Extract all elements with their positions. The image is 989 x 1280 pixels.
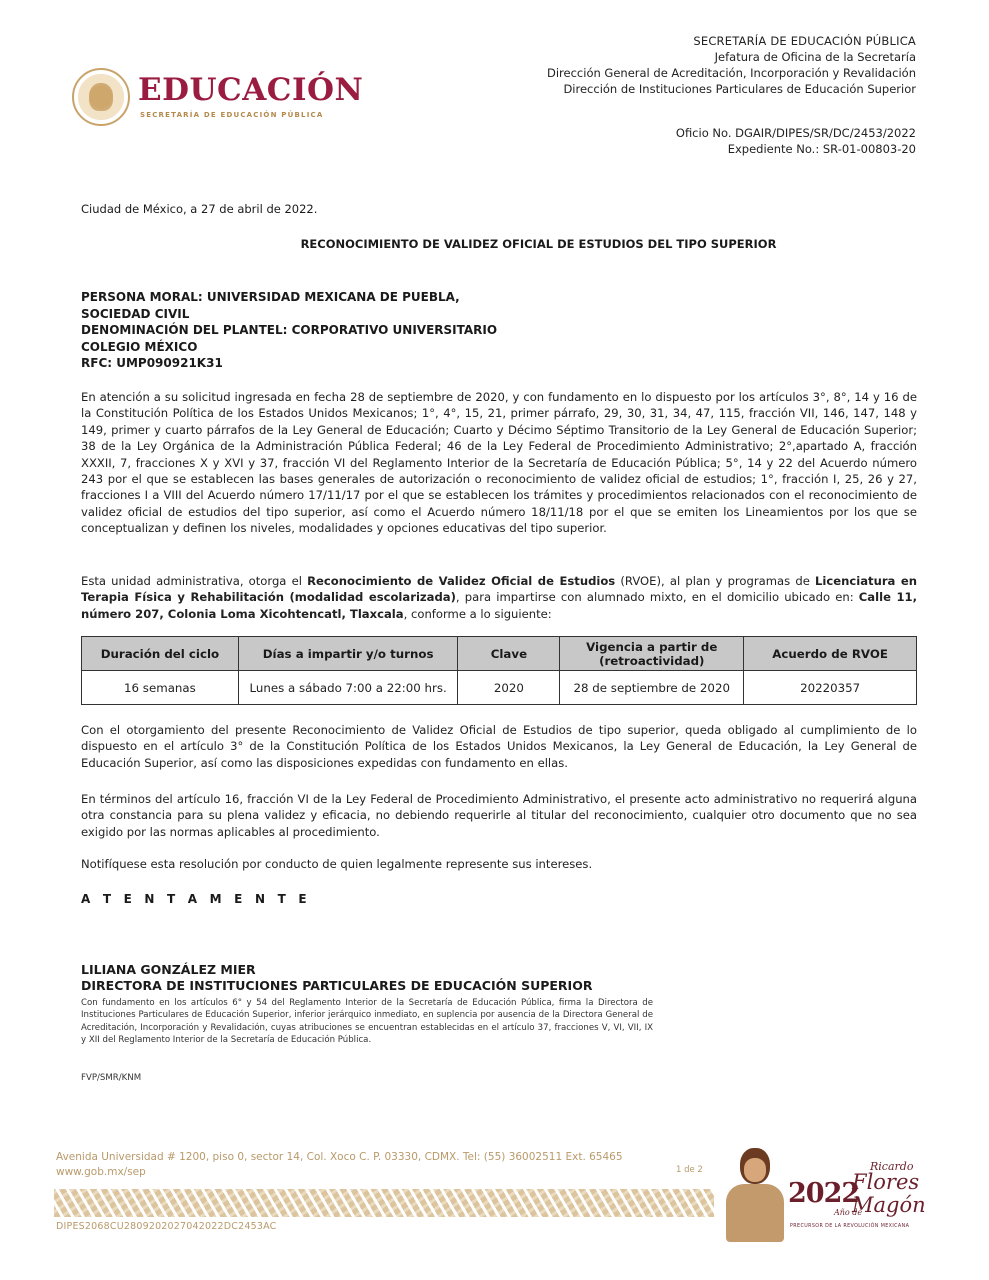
national-seal-icon [72,68,130,126]
website-link[interactable]: www.gob.mx/sep [56,1165,623,1180]
badge-year: 2022 [788,1178,859,1209]
cell-clave: 2020 [458,671,560,705]
expediente-number: Expediente No.: SR-01-00803-20 [676,141,916,157]
oficio-number: Oficio No. DGAIR/DIPES/SR/DC/2453/2022 [676,125,916,141]
col-header-vigencia: Vigencia a partir de (retroactividad) [560,637,744,671]
issuer-line: Dirección de Instituciones Particulares … [547,81,916,97]
badge-tagline: PRECURSOR DE LA REVOLUCIÓN MEXICANA [790,1224,909,1229]
grant-text: (RVOE), al plan y programas de [615,574,815,588]
grant-paragraph: Esta unidad administrativa, otorga el Re… [81,573,917,622]
cell-days: Lunes a sábado 7:00 a 22:00 hrs. [238,671,458,705]
logo-wordmark: EDUCACIÓN [138,72,363,108]
signature-legal-note: Con fundamento en los artículos 6° y 54 … [81,997,653,1047]
grant-text: , para impartirse con alumnado mixto, en… [456,590,859,604]
signer-name: LILIANA GONZÁLEZ MIER [81,962,592,978]
document-title-wrap: RECONOCIMIENTO DE VALIDEZ OFICIAL DE EST… [0,237,989,251]
issuer-line: SECRETARÍA DE EDUCACIÓN PÚBLICA [547,33,916,49]
signer-block: LILIANA GONZÁLEZ MIER DIRECTORA DE INSTI… [81,962,592,994]
cell-vigencia: 28 de septiembre de 2020 [560,671,744,705]
col-header-acuerdo: Acuerdo de RVOE [744,637,917,671]
signer-position: DIRECTORA DE INSTITUCIONES PARTICULARES … [81,978,592,994]
recipient-rfc: RFC: UMP090921K31 [81,355,497,372]
issuer-line: Jefatura de Oficina de la Secretaría [547,49,916,65]
col-header-days: Días a impartir y/o turnos [238,637,458,671]
decorative-pattern-band [54,1189,714,1217]
recipient-block: PERSONA MORAL: UNIVERSIDAD MEXICANA DE P… [81,289,497,372]
notification-paragraph: Notifíquese esta resolución por conducto… [81,856,917,872]
grant-text: Esta unidad administrativa, otorga el [81,574,307,588]
recipient-line: SOCIEDAD CIVIL [81,306,497,323]
recipient-line: COLEGIO MÉXICO [81,339,497,356]
document-reference-code: DIPES2068CU2809202027042022DC2453AC [56,1221,276,1232]
logo-subtitle: SECRETARÍA DE EDUCACIÓN PÚBLICA [140,111,323,119]
cell-acuerdo: 20220357 [744,671,917,705]
ricardo-flores-magon-portrait-icon [722,1146,786,1244]
col-header-clave: Clave [458,637,560,671]
validity-paragraph: En términos del artículo 16, fracción VI… [81,791,917,840]
obligations-paragraph: Con el otorgamiento del presente Reconoc… [81,722,917,771]
table-row: 16 semanas Lunes a sábado 7:00 a 22:00 h… [82,671,917,705]
document-title: RECONOCIMIENTO DE VALIDEZ OFICIAL DE EST… [301,237,777,251]
grant-text: , conforme a lo siguiente: [404,607,552,621]
rvoe-table: Duración del ciclo Días a impartir y/o t… [81,636,917,705]
rvoe-label: Reconocimiento de Validez Oficial de Est… [307,574,615,588]
issuer-line: Dirección General de Acreditación, Incor… [547,65,916,81]
badge-middle-name: Flores [852,1170,919,1194]
reference-block: Oficio No. DGAIR/DIPES/SR/DC/2453/2022 E… [676,125,916,157]
address-text: Avenida Universidad # 1200, piso 0, sect… [56,1150,623,1165]
recipient-line: DENOMINACIÓN DEL PLANTEL: CORPORATIVO UN… [81,322,497,339]
footer-address: Avenida Universidad # 1200, piso 0, sect… [56,1150,623,1180]
issuer-header: SECRETARÍA DE EDUCACIÓN PÚBLICA Jefatura… [547,33,916,97]
year-badge-2022: 2022 Año de Ricardo Flores Magón PRECURS… [722,1146,922,1246]
sep-logo: EDUCACIÓN SECRETARÍA DE EDUCACIÓN PÚBLIC… [72,66,352,130]
recipient-line: PERSONA MORAL: UNIVERSIDAD MEXICANA DE P… [81,289,497,306]
typist-initials: FVP/SMR/KNM [81,1073,141,1083]
document-date: Ciudad de México, a 27 de abril de 2022. [81,202,317,216]
legal-basis-paragraph: En atención a su solicitud ingresada en … [81,389,917,537]
table-header-row: Duración del ciclo Días a impartir y/o t… [82,637,917,671]
col-header-duration: Duración del ciclo [82,637,239,671]
page-number: 1 de 2 [676,1165,703,1175]
cell-duration: 16 semanas [82,671,239,705]
closing-salutation: A T E N T A M E N T E [81,892,311,906]
badge-last-name: Magón [852,1193,926,1217]
